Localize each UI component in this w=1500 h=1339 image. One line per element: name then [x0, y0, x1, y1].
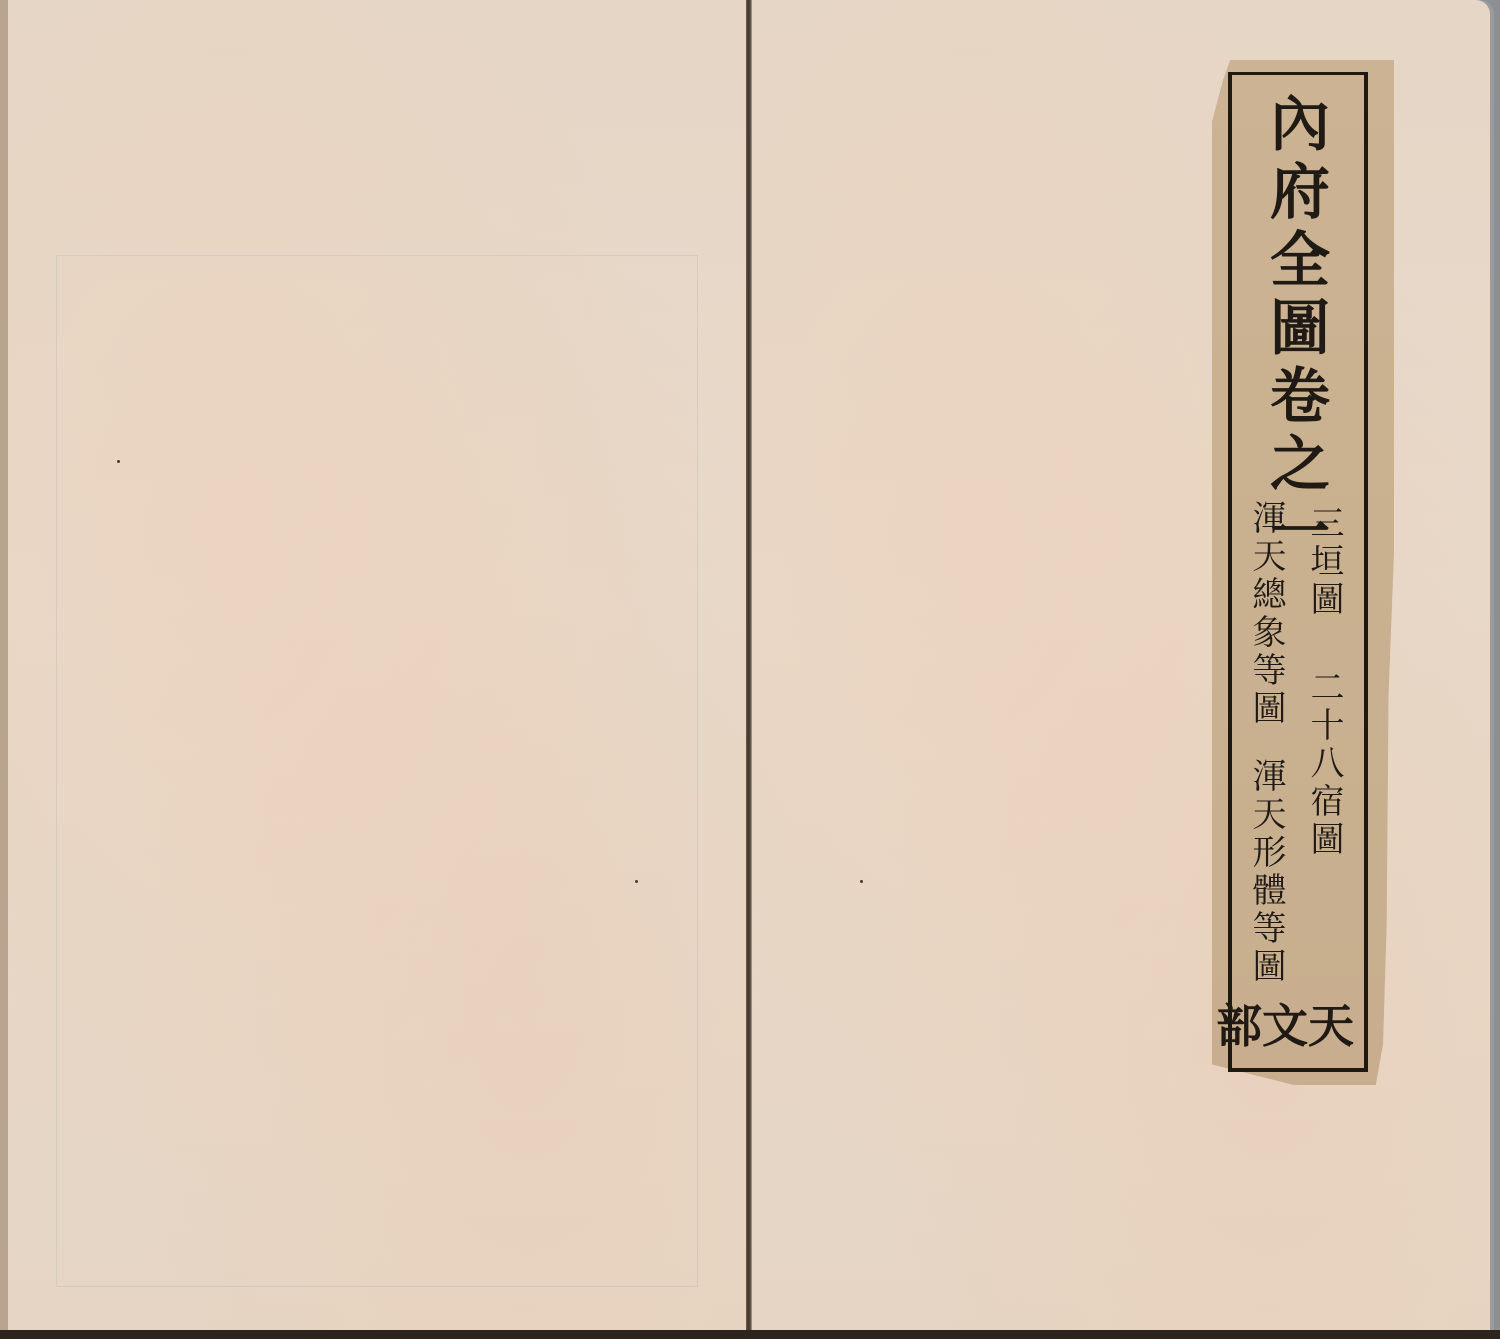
contents-item: 渾天總象等圖: [1246, 500, 1286, 728]
book-spine: [746, 0, 751, 1339]
left-page-faint-border: [56, 255, 698, 1287]
contents-right-column: 三垣圖二十八宿圖: [1300, 505, 1349, 859]
section-char-1: 天: [1308, 990, 1354, 1056]
section-char-3: 部: [1216, 990, 1262, 1056]
bottom-edge: [0, 1330, 1500, 1339]
book-spread: 內府全圖卷之一 三垣圖二十八宿圖 渾天總象等圖渾天形體等圖 天 文 部: [0, 0, 1500, 1339]
contents-item: 三垣圖: [1304, 505, 1344, 619]
contents-item: 二十八宿圖: [1304, 669, 1344, 859]
ink-speck: [860, 880, 863, 883]
book-title: 內府全圖卷之一: [1252, 92, 1338, 568]
ink-speck: [117, 460, 120, 463]
contents-item: 渾天形體等圖: [1246, 758, 1286, 986]
contents-left-column: 渾天總象等圖渾天形體等圖: [1242, 500, 1291, 986]
section-char-2: 文: [1262, 990, 1308, 1056]
ink-speck: [635, 880, 638, 883]
left-page: [0, 0, 748, 1332]
